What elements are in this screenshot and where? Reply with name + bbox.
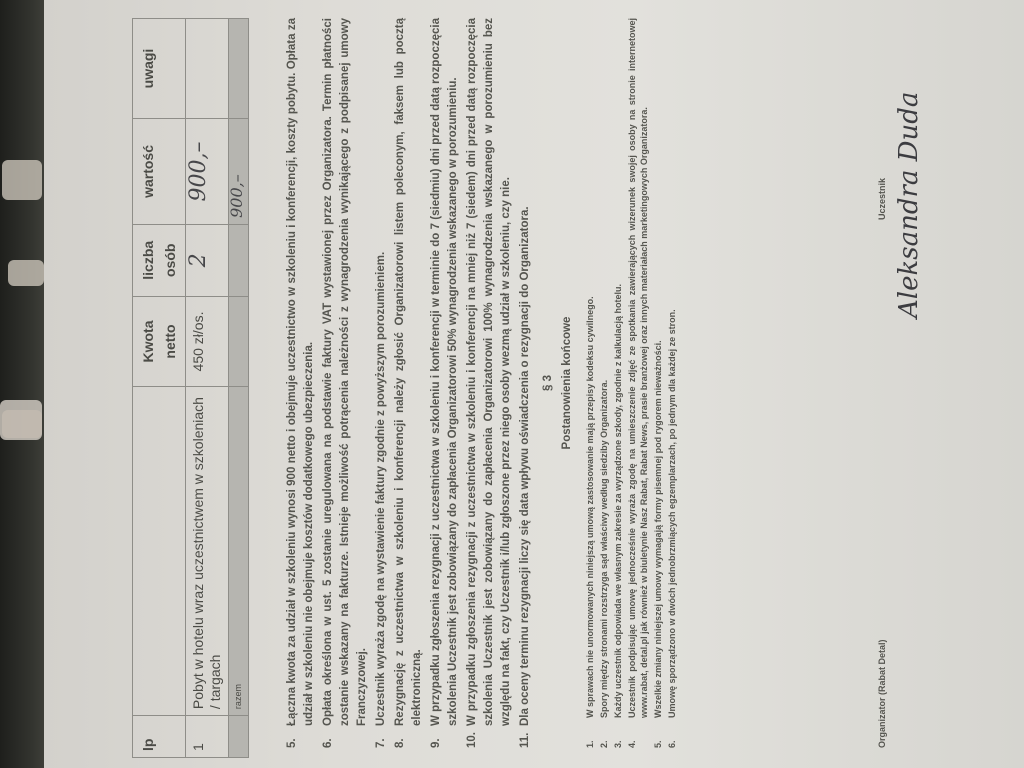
clause-number: 1.: [584, 718, 596, 748]
clause-number: 9.: [428, 726, 445, 748]
column-header-wartosc: wartość: [133, 119, 186, 225]
clauses-section: 5.Łączna kwota za udział w szkoleniu wyn…: [284, 18, 680, 748]
clause-text: Uczestnik wyraża zgodę na wystawienie fa…: [375, 252, 387, 726]
cell-kwota-netto: 450 zł/os.: [186, 296, 229, 387]
clause-text: Opłata określona w ust. 5 zostanie uregu…: [322, 18, 368, 726]
total-label: razem: [229, 387, 249, 716]
clause-text: Wszelkie zmiany niniejszej umowy wymagaj…: [653, 340, 663, 718]
clause-number: 3.: [612, 718, 624, 748]
clause-number: 2.: [598, 718, 610, 748]
clause-number: 5.: [284, 726, 301, 748]
clause-number: 4.: [626, 718, 638, 748]
cell-lp: 1: [186, 716, 229, 758]
handwritten-signature: Aleksandra Duda: [894, 92, 924, 318]
background-object: [2, 160, 42, 200]
clause-text: W przypadku zgłoszenia rezygnacji z ucze…: [430, 18, 459, 726]
clause-list: 5.Łączna kwota za udział w szkoleniu wyn…: [284, 18, 534, 748]
clause-number: 7.: [373, 726, 390, 748]
clause-item: 10.W przypadku zgłoszenia rezygnacji z u…: [464, 18, 515, 748]
clause-item: 3.Każdy uczestnik odpowiada we własnym z…: [612, 18, 624, 748]
cell-uwagi: [186, 19, 229, 119]
clause-item: 9.W przypadku zgłoszenia rezygnacji z uc…: [428, 18, 462, 748]
clause-item: 11.Dla oceny terminu rezygnacji liczy si…: [517, 18, 534, 748]
clause-text: Każdy uczestnik odpowiada we własnym zak…: [613, 284, 623, 718]
clause-text: Łączna kwota za udział w szkoleniu wynos…: [286, 18, 315, 726]
clause-text: Umowę sporządzono w dwóch jednobrzmiącyc…: [667, 309, 677, 718]
column-header-description: [133, 387, 186, 716]
organizer-signature-label: Organizator (Rabat Detal): [874, 639, 891, 748]
cell-description: Pobyt w hotelu wraz uczestnictwem w szko…: [186, 387, 229, 716]
background-surface: [0, 0, 46, 768]
clause-text: Spory między stronami rozstrzyga sąd wła…: [599, 380, 609, 718]
final-clause-list: 1.W sprawach nie unormowanych niniejszą …: [584, 18, 678, 748]
background-object: [8, 260, 44, 286]
column-header-uwagi: uwagi: [133, 19, 186, 119]
background-object: [0, 400, 42, 440]
clause-number: 11.: [517, 726, 534, 748]
column-header-liczba-osob: liczba osób: [133, 224, 186, 296]
table-total-row: razem 900,–: [229, 19, 249, 758]
section-title: Postanowienia końcowe: [559, 18, 576, 748]
clause-text: Rezygnację z uczestnictwa w szkoleniu i …: [394, 18, 423, 726]
clause-number: 6.: [320, 726, 337, 748]
clause-number: 5.: [652, 718, 664, 748]
signature-labels: Organizator (Rabat Detal) Uczestnik: [874, 28, 891, 748]
cost-table: lp Kwota netto liczba osób wartość uwagi…: [132, 18, 249, 758]
clause-text: W sprawach nie unormowanych niniejszą um…: [585, 296, 595, 718]
clause-item: 4.Uczestnik podpisując umowę jednocześni…: [626, 18, 650, 748]
cell-wartosc: 900,–: [186, 119, 229, 225]
participant-signature-label: Uczestnik: [874, 178, 891, 220]
clause-item: 7.Uczestnik wyraża zgodę na wystawienie …: [373, 18, 390, 748]
clause-item: 6.Opłata określona w ust. 5 zostanie ure…: [320, 18, 371, 748]
cell-empty: [229, 296, 249, 387]
table-header-row: lp Kwota netto liczba osób wartość uwagi: [133, 19, 186, 758]
clause-number: 8.: [392, 726, 409, 748]
cell-empty: [229, 19, 249, 119]
cell-empty: [229, 224, 249, 296]
document-page: lp Kwota netto liczba osób wartość uwagi…: [44, 8, 1004, 768]
cell-empty: [229, 716, 249, 758]
section-mark: § 3: [540, 18, 557, 748]
column-header-lp: lp: [133, 716, 186, 758]
clause-item: 2.Spory między stronami rozstrzyga sąd w…: [598, 18, 610, 748]
clause-item: 5.Łączna kwota za udział w szkoleniu wyn…: [284, 18, 318, 748]
table-row: 1 Pobyt w hotelu wraz uczestnictwem w sz…: [186, 19, 229, 758]
clause-item: 6.Umowę sporządzono w dwóch jednobrzmiąc…: [666, 18, 678, 748]
clause-item: 8.Rezygnację z uczestnictwa w szkoleniu …: [392, 18, 426, 748]
clause-number: 6.: [666, 718, 678, 748]
total-value: 900,–: [229, 119, 249, 225]
clause-item: 1.W sprawach nie unormowanych niniejszą …: [584, 18, 596, 748]
clause-number: 10.: [464, 726, 481, 748]
column-header-kwota-netto: Kwota netto: [133, 296, 186, 387]
clause-text: Dla oceny terminu rezygnacji liczy się d…: [519, 206, 531, 726]
clause-text: Uczestnik podpisując umowę jednocześnie …: [627, 18, 649, 718]
cell-liczba-osob: 2: [186, 224, 229, 296]
clause-item: 5.Wszelkie zmiany niniejszej umowy wymag…: [652, 18, 664, 748]
clause-text: W przypadku zgłoszenia rezygnacji z ucze…: [466, 18, 512, 726]
